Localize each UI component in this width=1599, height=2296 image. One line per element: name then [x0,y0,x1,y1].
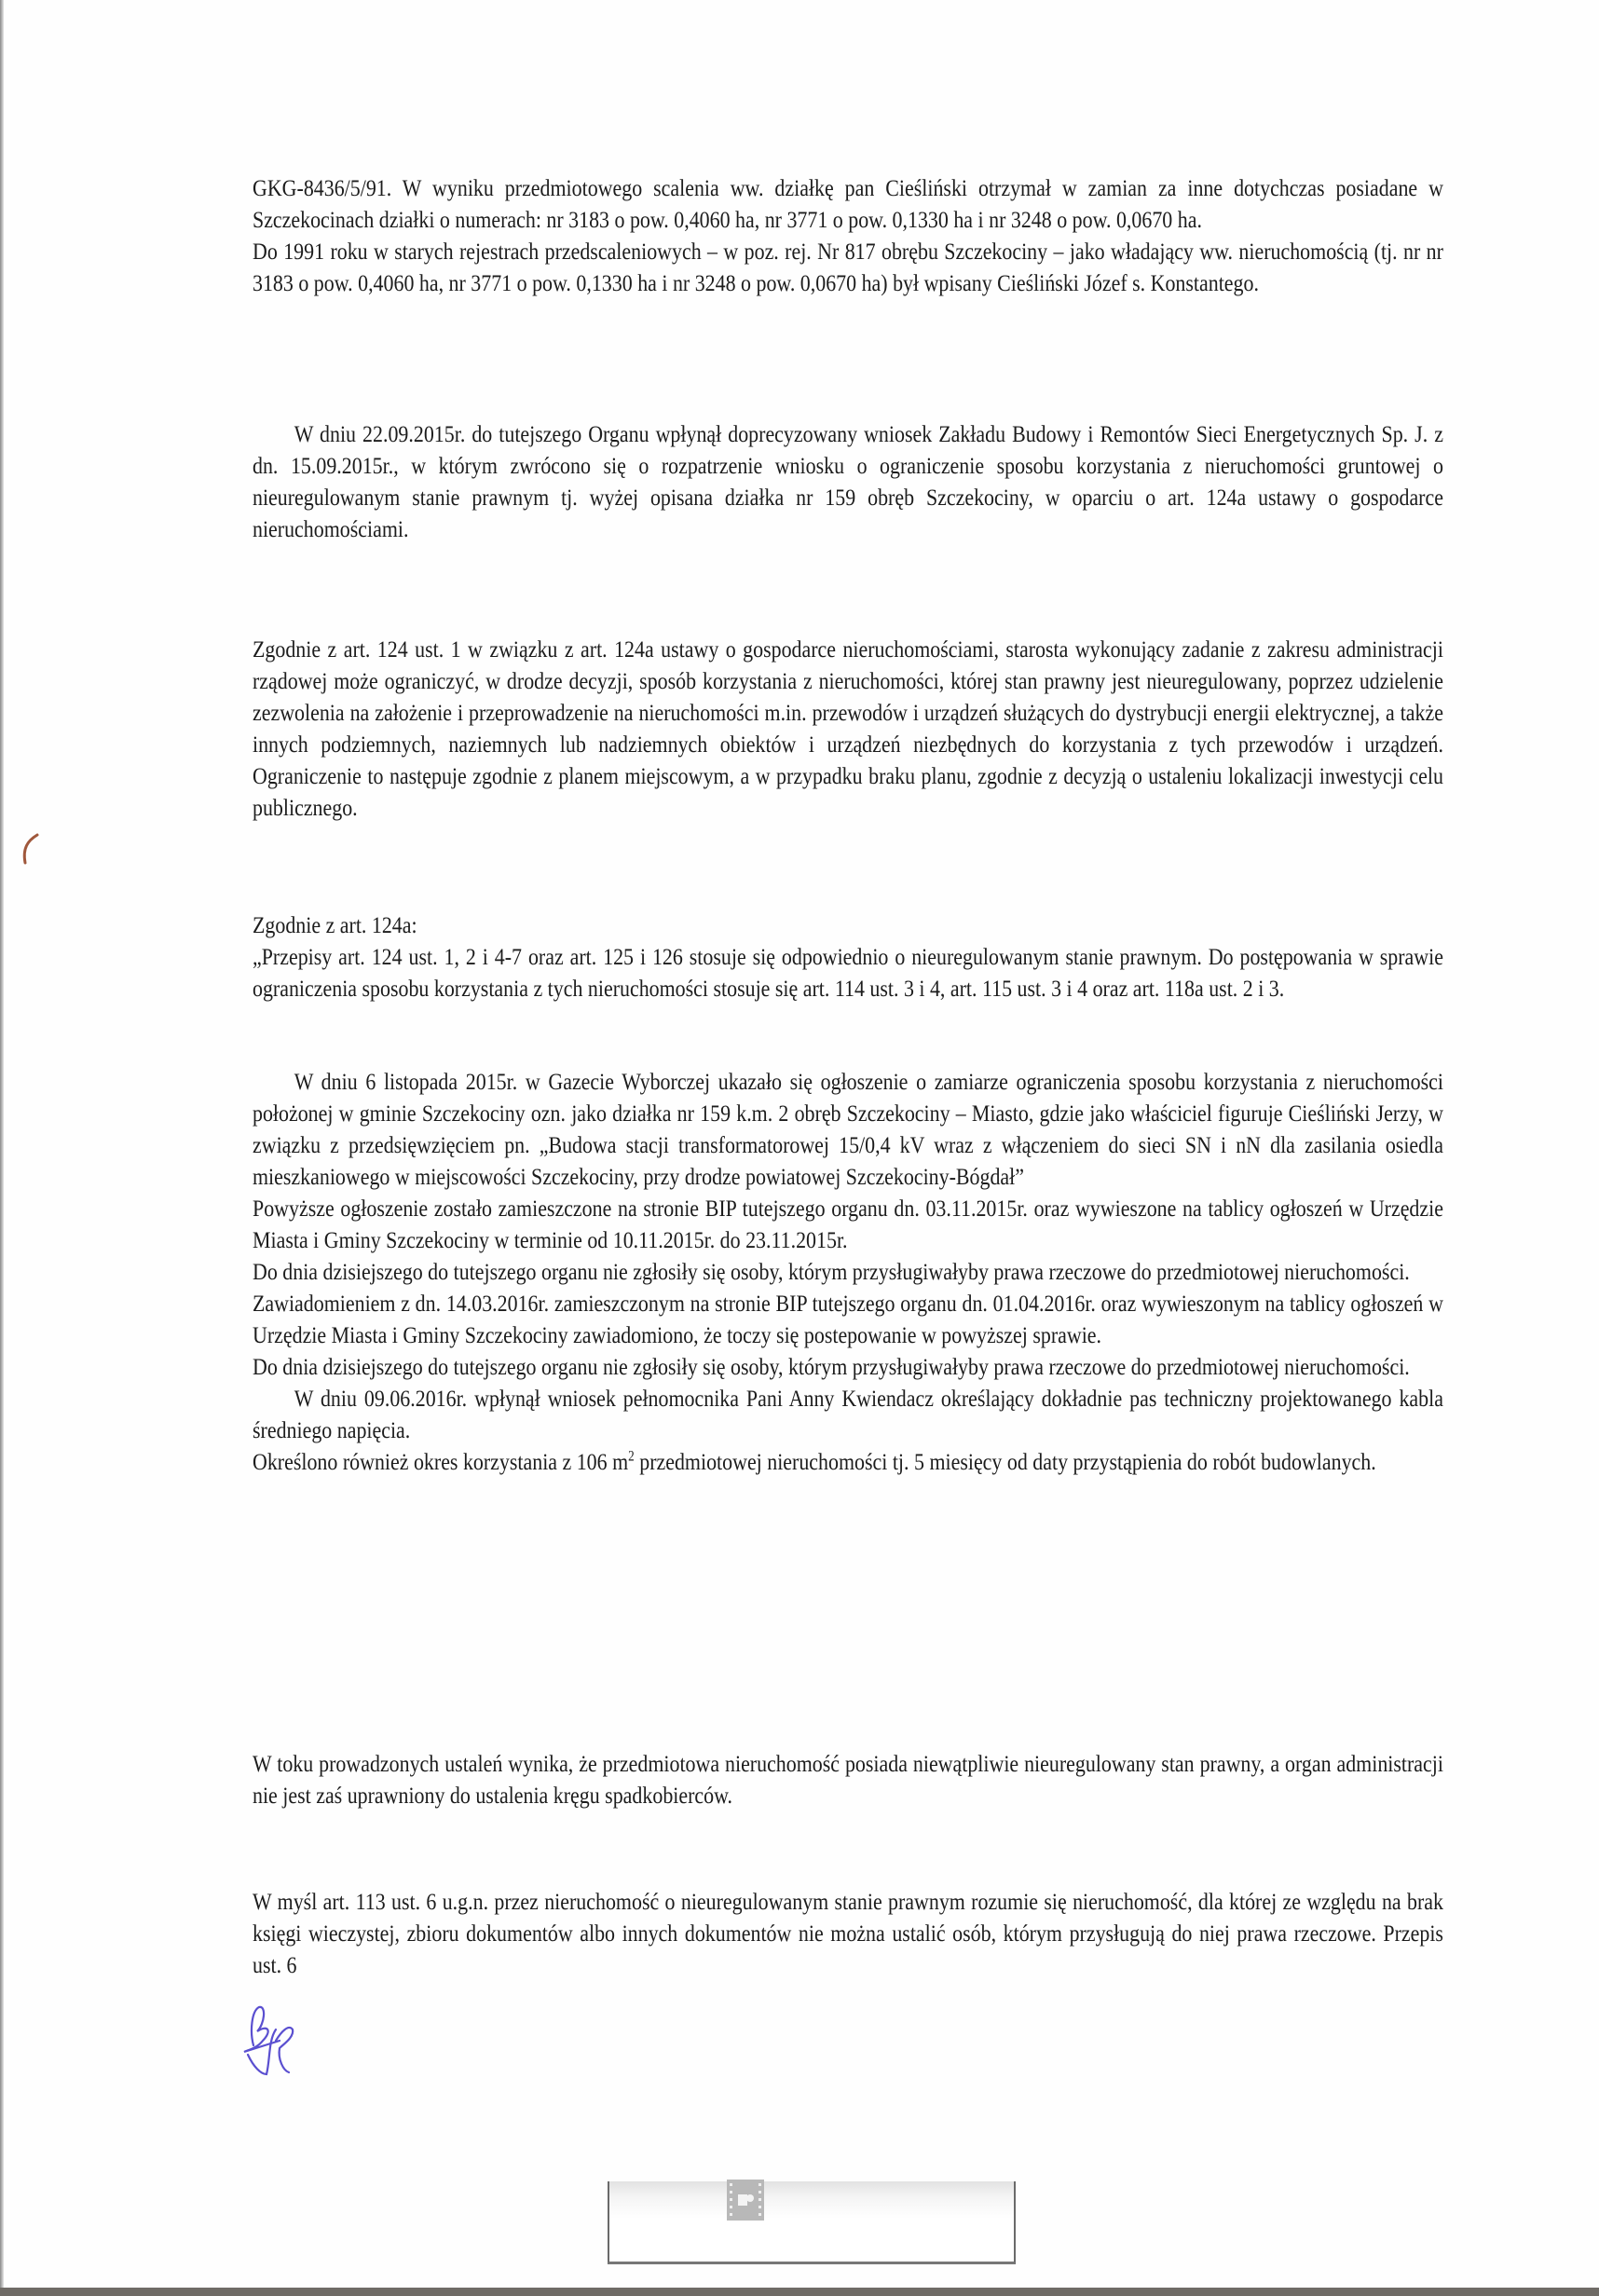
film-strip-icon [721,2180,770,2221]
section-announcements: W dniu 6 listopada 2015r. w Gazecie Wybo… [253,1066,1443,1478]
paragraph: Zgodnie z art. 124a: [253,909,1443,941]
paragraph: Do dnia dzisiejszego do tutejszego organ… [253,1256,1443,1288]
text-fragment: przedmiotowej nieruchomości tj. 5 miesię… [635,1448,1376,1475]
paragraph: Zawiadomieniem z dn. 14.03.2016r. zamies… [253,1288,1443,1351]
section-art-124a: Zgodnie z art. 124a: „Przepisy art. 124 … [253,909,1443,1004]
margin-pen-mark-icon [17,831,45,873]
paragraph: GKG-8436/5/91. W wyniku przedmiotowego s… [253,172,1443,236]
section-consolidation: GKG-8436/5/91. W wyniku przedmiotowego s… [253,172,1443,299]
scan-edge-shadow [0,0,4,2296]
paragraph: Określono również okres korzystania z 10… [253,1446,1443,1478]
paragraph: W myśl art. 113 ust. 6 u.g.n. przez nier… [253,1886,1443,1981]
section-application: W dniu 22.09.2015r. do tutejszego Organu… [253,418,1443,545]
section-findings: W toku prowadzonych ustaleń wynika, że p… [253,1748,1443,1811]
paragraph: Do 1991 roku w starych rejestrach przeds… [253,236,1443,299]
paragraph: Powyższe ogłoszenie zostało zamieszczone… [253,1193,1443,1256]
paragraph: Zgodnie z art. 124 ust. 1 w związku z ar… [253,634,1443,824]
section-art-113: W myśl art. 113 ust. 6 u.g.n. przez nier… [253,1886,1443,1981]
paragraph: W dniu 6 listopada 2015r. w Gazecie Wybo… [253,1066,1443,1193]
text-fragment: Określono również okres korzystania z 10… [253,1448,628,1475]
paragraph: W dniu 22.09.2015r. do tutejszego Organu… [253,418,1443,545]
paragraph: Do dnia dzisiejszego do tutejszego organ… [253,1351,1443,1383]
paragraph: W dniu 09.06.2016r. wpłynął wniosek pełn… [253,1383,1443,1446]
scanner-edge-band [0,2288,1599,2296]
initials-signature-icon [224,2003,317,2087]
paragraph: W toku prowadzonych ustaleń wynika, że p… [253,1748,1443,1811]
scanned-page: GKG-8436/5/91. W wyniku przedmiotowego s… [0,0,1599,2296]
quoted-provision: „Przepisy art. 124 ust. 1, 2 i 4-7 oraz … [253,941,1443,1004]
scan-stamp-box [608,2181,1016,2264]
section-legal-basis: Zgodnie z art. 124 ust. 1 w związku z ar… [253,634,1443,824]
